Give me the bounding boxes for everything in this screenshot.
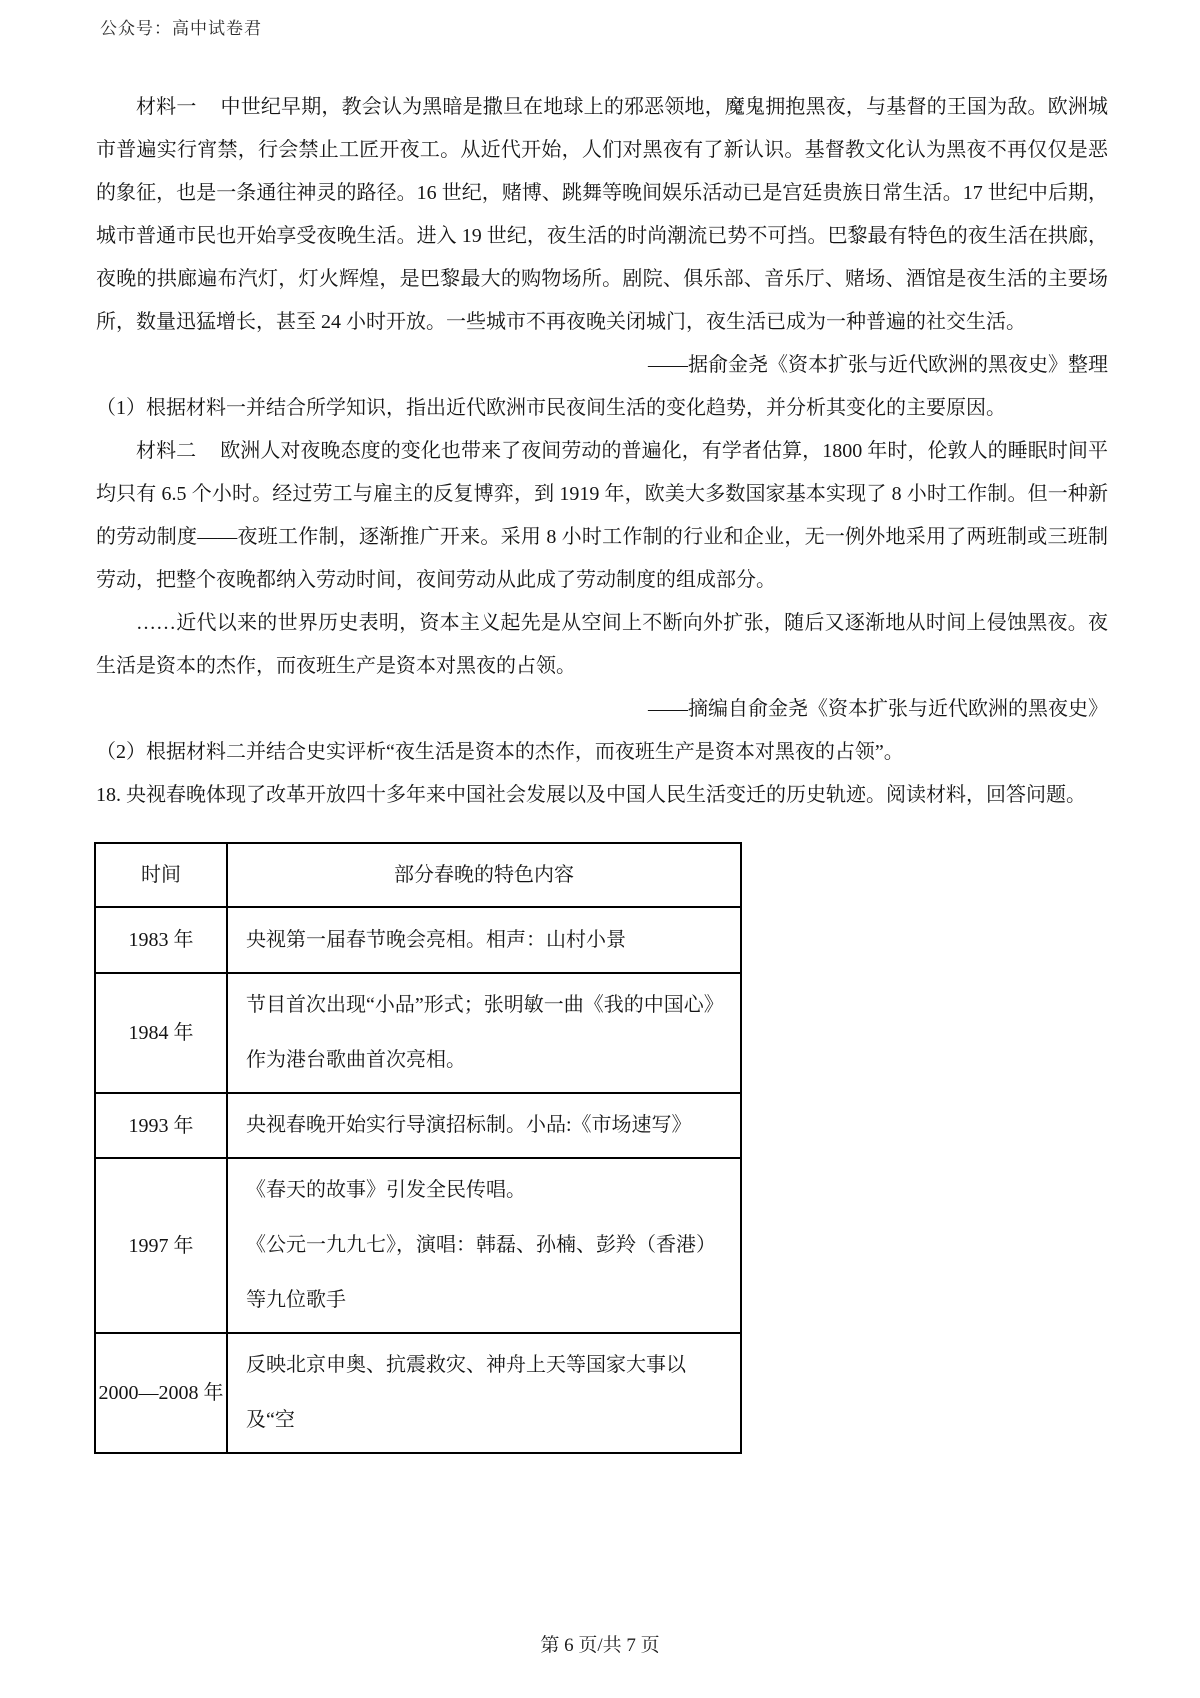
table-cell-time: 1983 年 [95,907,227,973]
material-two-label: 材料二 [136,440,196,462]
page-number: 第 6 页/共 7 页 [0,1630,1200,1657]
table-header-time: 时间 [95,843,227,907]
chunwan-table: 时间 部分春晚的特色内容 1983 年 央视第一届春节晚会亮相。相声：山村小景 … [94,842,742,1454]
material-two-text: 欧洲人对夜晚态度的变化也带来了夜间劳动的普遍化，有学者估算，1800 年时，伦敦… [96,440,1108,591]
material-one-text: 中世纪早期，教会认为黑暗是撒旦在地球上的邪恶领地，魔鬼拥抱黑夜，与基督的王国为敌… [96,96,1108,333]
table-header-content: 部分春晚的特色内容 [227,843,741,907]
table-cell-content: 央视第一届春节晚会亮相。相声：山村小景 [227,907,741,973]
material-two-supplement: ……近代以来的世界历史表明，资本主义起先是从空间上不断向外扩张，随后又逐渐地从时… [96,602,1108,688]
exam-page-body: 材料一中世纪早期，教会认为黑暗是撒旦在地球上的邪恶领地，魔鬼拥抱黑夜，与基督的王… [96,86,1108,1454]
table-cell-content: 央视春晚开始实行导演招标制。小品:《市场速写》 [227,1093,741,1158]
table-cell-content: 《春天的故事》引发全民传唱。 《公元一九九七》，演唱：韩磊、孙楠、彭羚（香港）等… [227,1158,741,1333]
table-row: 1997 年 《春天的故事》引发全民传唱。 《公元一九九七》，演唱：韩磊、孙楠、… [95,1158,741,1333]
table-cell-time: 1984 年 [95,973,227,1093]
material-two-source: ——摘编自俞金尧《资本扩张与近代欧洲的黑夜史》 [96,688,1108,731]
table-cell-time: 2000—2008 年 [95,1333,227,1453]
question-2: （2）根据材料二并结合史实评析“夜生活是资本的杰作，而夜班生产是资本对黑夜的占领… [96,731,1108,774]
table-row: 1984 年 节目首次出现“小品”形式；张明敏一曲《我的中国心》作为港台歌曲首次… [95,973,741,1093]
table-cell-content: 节目首次出现“小品”形式；张明敏一曲《我的中国心》作为港台歌曲首次亮相。 [227,973,741,1093]
question-18-intro: 18. 央视春晚体现了改革开放四十多年来中国社会发展以及中国人民生活变迁的历史轨… [96,774,1108,817]
question-1: （1）根据材料一并结合所学知识，指出近代欧洲市民夜间生活的变化趋势，并分析其变化… [96,387,1108,430]
table-row: 1993 年 央视春晚开始实行导演招标制。小品:《市场速写》 [95,1093,741,1158]
material-one-source: ——据俞金尧《资本扩张与近代欧洲的黑夜史》整理 [96,344,1108,387]
table-cell-time: 1993 年 [95,1093,227,1158]
material-two-paragraph: 材料二欧洲人对夜晚态度的变化也带来了夜间劳动的普遍化，有学者估算，1800 年时… [96,430,1108,602]
table-row: 1983 年 央视第一届春节晚会亮相。相声：山村小景 [95,907,741,973]
table-cell-content: 反映北京申奥、抗震救灾、神舟上天等国家大事以及“空 [227,1333,741,1453]
official-account-watermark: 公众号：高中试卷君 [100,14,262,39]
table-row: 2000—2008 年 反映北京申奥、抗震救灾、神舟上天等国家大事以及“空 [95,1333,741,1453]
table-header-row: 时间 部分春晚的特色内容 [95,843,741,907]
material-one-label: 材料一 [136,96,197,118]
table-cell-time: 1997 年 [95,1158,227,1333]
material-one-paragraph: 材料一中世纪早期，教会认为黑暗是撒旦在地球上的邪恶领地，魔鬼拥抱黑夜，与基督的王… [96,86,1108,344]
